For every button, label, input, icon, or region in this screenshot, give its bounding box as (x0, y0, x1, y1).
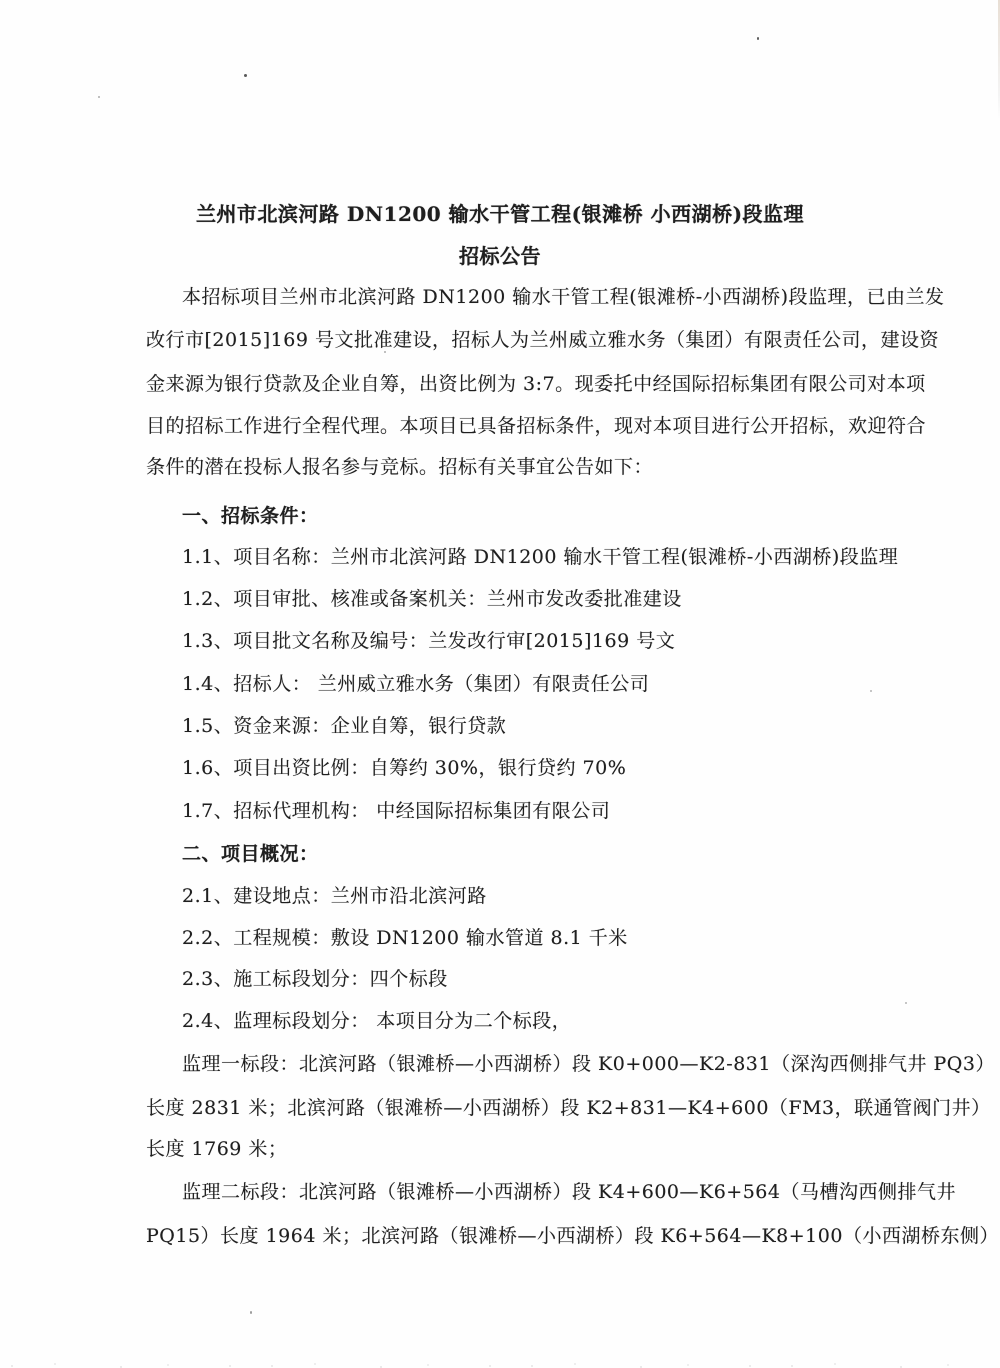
list-item: 2.2、工程规模：敷设 DN1200 输水管道 8.1 千米 (146, 926, 922, 950)
paragraph-line: 监理二标段：北滨河路（银滩桥—小西湖桥）段 K4+600—K6+564（马槽沟西… (146, 1180, 922, 1204)
section-heading: 二、项目概况： (146, 842, 922, 866)
doc-subtitle: 招标公告 (0, 240, 1000, 269)
paragraph-line: 监理一标段：北滨河路（银滩桥—小西湖桥）段 K0+000—K2-831（深沟西侧… (146, 1052, 922, 1076)
scan-speck (244, 74, 247, 77)
intro-line: 目的招标工作进行全程代理。本项目已具备招标条件，现对本项目进行公开招标，欢迎符合 (146, 414, 886, 438)
paragraph-line: 长度 2831 米；北滨河路（银滩桥—小西湖桥）段 K2+831—K4+600（… (146, 1096, 886, 1120)
list-item: 1.2、项目审批、核准或备案机关：兰州市发改委批准建设 (146, 587, 922, 611)
scanned-document-page: 兰州市北滨河路 DN1200 输水干管工程(银滩桥 小西湖桥)段监理 招标公告 … (0, 0, 1000, 1368)
list-item: 2.4、监理标段划分： 本项目分为二个标段， (146, 1009, 922, 1033)
section-heading: 一、招标条件： (146, 504, 922, 528)
list-item: 2.1、建设地点：兰州市沿北滨河路 (146, 884, 922, 908)
doc-title: 兰州市北滨河路 DN1200 输水干管工程(银滩桥 小西湖桥)段监理 (0, 198, 1000, 227)
list-item: 1.6、项目出资比例：自筹约 30%，银行贷约 70% (146, 756, 922, 780)
list-item: 1.4、招标人： 兰州威立雅水务（集团）有限责任公司 (146, 672, 922, 696)
scan-speck (384, 351, 386, 353)
scan-speck (250, 1311, 252, 1314)
scan-speck (757, 37, 759, 40)
scan-speck (870, 690, 872, 692)
list-item: 2.3、施工标段划分：四个标段 (146, 967, 922, 991)
scan-speck (905, 1002, 907, 1004)
list-item: 1.3、项目批文名称及编号：兰发改行审[2015]169 号文 (146, 629, 922, 653)
intro-line: 条件的潜在投标人报名参与竞标。招标有关事宜公告如下： (146, 455, 886, 479)
intro-line: 本招标项目兰州市北滨河路 DN1200 输水干管工程(银滩桥-小西湖桥)段监理，… (146, 285, 922, 309)
scan-speck (98, 96, 100, 98)
list-item: 1.1、项目名称：兰州市北滨河路 DN1200 输水干管工程(银滩桥-小西湖桥)… (146, 545, 922, 569)
paragraph-line: PQ15）长度 1964 米；北滨河路（银滩桥—小西湖桥）段 K6+564—K8… (146, 1224, 886, 1248)
intro-line: 金来源为银行贷款及企业自筹，出资比例为 3:7。现委托中经国际招标集团有限公司对… (146, 372, 886, 396)
paragraph-line: 长度 1769 米； (146, 1137, 886, 1161)
list-item: 1.5、资金来源：企业自筹，银行贷款 (146, 714, 922, 738)
list-item: 1.7、招标代理机构： 中经国际招标集团有限公司 (146, 799, 922, 823)
scan-noise-band (0, 1362, 1000, 1368)
intro-line: 改行市[2015]169 号文批准建设，招标人为兰州威立雅水务（集团）有限责任公… (146, 328, 886, 352)
